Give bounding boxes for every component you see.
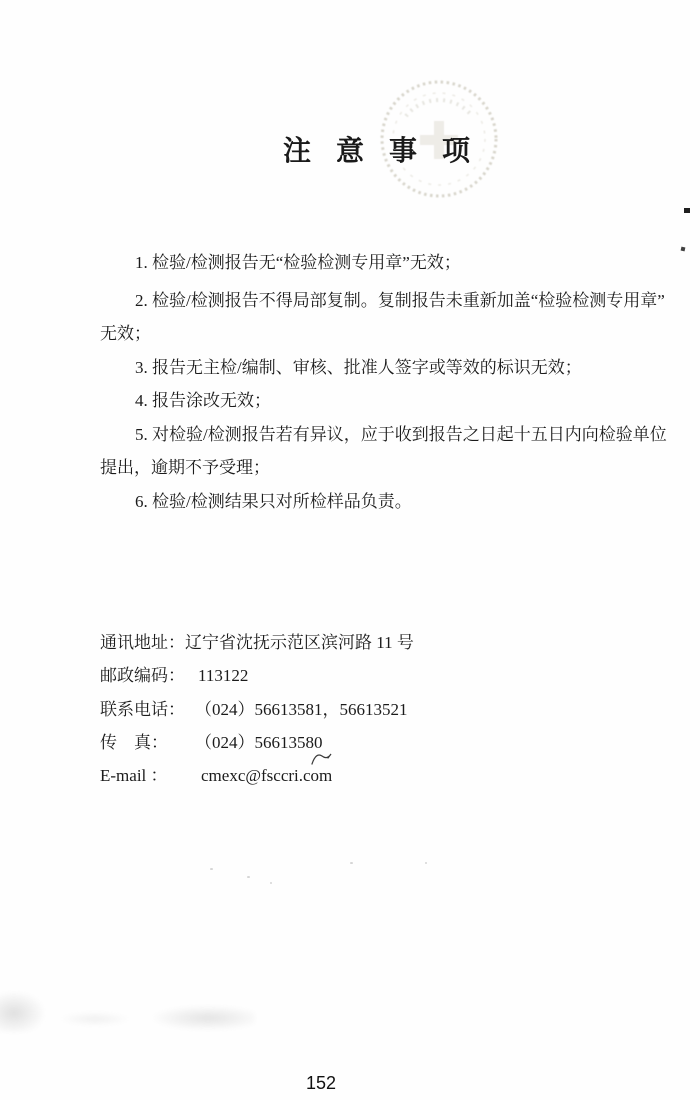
contact-value: （024）56613580 (195, 733, 323, 752)
scan-artifact-dot (684, 208, 690, 213)
contact-label: 传 真： (100, 726, 185, 759)
scan-smudge (60, 1012, 130, 1026)
scan-speck (270, 882, 272, 884)
scan-artifact-dot (681, 247, 686, 252)
contact-value: 113122 (198, 666, 248, 685)
notice-line: 4. 报告涂改无效； (100, 384, 680, 418)
notice-line: 无效； (100, 317, 680, 351)
document-page: 注意事项 1. 检验/检测报告无“检验检测专用章”无效； 2. 检验/检测报告不… (0, 0, 700, 1100)
notice-line: 2. 检验/检测报告不得局部复制。复制报告未重新加盖“检验检测专用章” (100, 284, 680, 318)
contact-row-postcode: 邮政编码：113122 (100, 659, 414, 692)
scan-smudge (0, 990, 47, 1032)
contact-row-address: 通讯地址：辽宁省沈抚示范区滨河路 11 号 (100, 626, 414, 659)
contact-label: 联系电话： (100, 693, 185, 726)
scan-speck (247, 876, 250, 878)
page-number: 152 (306, 1073, 336, 1094)
scan-smudge (150, 1005, 255, 1031)
contact-row-email: E-mail ：cmexc@fsccri.com (100, 759, 414, 792)
contact-label: 通讯地址： (100, 626, 185, 659)
contact-value: （024）56613581，56613521 (195, 700, 408, 719)
contact-value: 辽宁省沈抚示范区滨河路 11 号 (185, 633, 414, 652)
notice-line: 3. 报告无主检/编制、审核、批准人签字或等效的标识无效； (100, 351, 680, 385)
scan-speck (210, 868, 213, 870)
contact-row-fax: 传 真：（024）56613580 (100, 726, 414, 759)
contact-row-phone: 联系电话：（024）56613581，56613521 (100, 693, 414, 726)
page-title: 注意事项 (283, 129, 495, 169)
contact-label: 邮政编码： (100, 659, 185, 692)
contact-label: E-mail ： (100, 759, 185, 792)
scan-speck (425, 862, 427, 864)
contact-value: cmexc@fsccri.com (201, 766, 332, 785)
notice-line: 1. 检验/检测报告无“检验检测专用章”无效； (100, 246, 680, 280)
contact-block: 通讯地址：辽宁省沈抚示范区滨河路 11 号 邮政编码：113122 联系电话：（… (100, 626, 414, 792)
notice-line: 6. 检验/检测结果只对所检样品负责。 (100, 485, 680, 519)
scan-speck (350, 862, 353, 864)
notice-line: 提出，逾期不予受理； (100, 451, 680, 485)
notice-line: 5. 对检验/检测报告若有异议，应于收到报告之日起十五日内向检验单位 (100, 418, 680, 452)
notice-list: 1. 检验/检测报告无“检验检测专用章”无效； 2. 检验/检测报告不得局部复制… (100, 246, 680, 518)
